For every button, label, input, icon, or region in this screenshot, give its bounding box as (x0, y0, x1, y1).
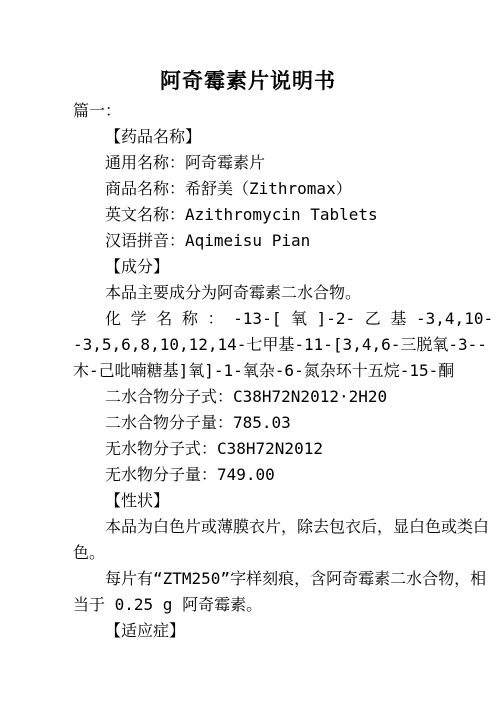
anhydrous-formula-line: 无水物分子式：C38H72N2012 (73, 436, 440, 462)
description-line-1: 本品为白色片或薄膜衣片，除去包衣后，显白色或类白 (73, 514, 440, 540)
document-page: 阿奇霉素片说明书 篇一： 【药品名称】 通用名称：阿奇霉素片 商品名称：希舒美（… (0, 0, 496, 702)
dihydrate-formula-line: 二水合物分子式：C38H72N2012·2H20 (73, 384, 440, 410)
engraving-line-2: 当于 0.25 g 阿奇霉素。 (73, 592, 440, 618)
document-body: 篇一： 【药品名称】 通用名称：阿奇霉素片 商品名称：希舒美（Zithromax… (73, 98, 440, 644)
description-line-2: 色。 (73, 540, 440, 566)
section-heading-indications: 【适应症】 (73, 618, 440, 644)
generic-name-line: 通用名称：阿奇霉素片 (73, 150, 440, 176)
anhydrous-weight-line: 无水物分子量：749.00 (73, 462, 440, 488)
dihydrate-weight-line: 二水合物分子量：785.03 (73, 410, 440, 436)
section-heading-description: 【性状】 (73, 488, 440, 514)
chemical-name-line-2: -3,5,6,8,10,12,14-七甲基-11-[3,4,6-三脱氧-3-- … (73, 332, 440, 358)
section-heading-drug-name: 【药品名称】 (73, 124, 440, 150)
section-heading-ingredients: 【成分】 (73, 254, 440, 280)
chemical-name-line-1: 化 学 名 称 ： -13-[ 氧 ]-2- 乙 基 -3,4,10- 三 羟 … (73, 306, 440, 332)
main-ingredient-line: 本品主要成分为阿奇霉素二水合物。 (73, 280, 440, 306)
pinyin-name-line: 汉语拼音：Aqimeisu Pian (73, 228, 440, 254)
trade-name-line: 商品名称：希舒美（Zithromax） (73, 176, 440, 202)
english-name-line: 英文名称：Azithromycin Tablets (73, 202, 440, 228)
part-label: 篇一： (73, 98, 440, 124)
engraving-line-1: 每片有“ZTM250”字样刻痕，含阿奇霉素二水合物，相 (73, 566, 440, 592)
chemical-name-line-3: 木-己吡喃糖基]氧]-1-氧杂-6-氮杂环十五烷-15-酮 (73, 358, 440, 384)
document-title: 阿奇霉素片说明书 (0, 68, 496, 96)
